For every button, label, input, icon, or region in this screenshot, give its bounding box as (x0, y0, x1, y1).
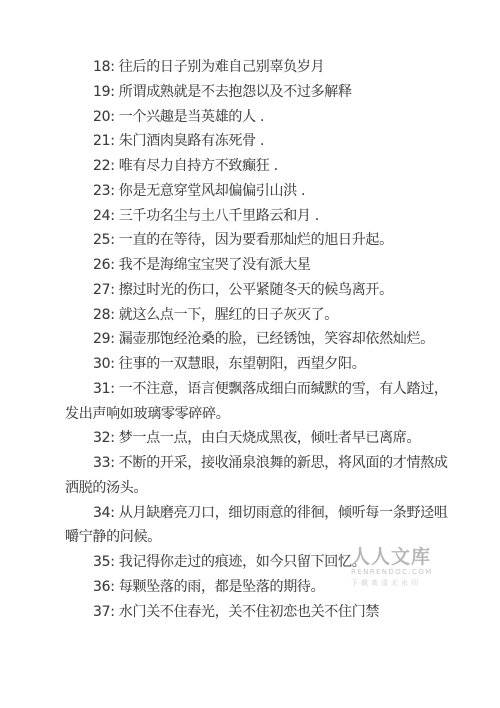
quote-item-number: 22: (93, 158, 115, 174)
quote-item-number: 25: (93, 232, 115, 248)
quote-item-number: 35: (93, 554, 115, 570)
quote-item-number: 26: (93, 257, 115, 273)
quote-item-text: 就这么点一下，腥红的日子灰灭了。 (115, 307, 338, 323)
quote-item-number: 34: (93, 505, 115, 521)
quote-item-text: 从月缺磨亮刀口，细切雨意的徘徊，倾听每一条野迳咀嚼宁静的问候。 (65, 505, 448, 546)
quote-item-text: 唯有尽力自持方不致癫狂 . (115, 158, 278, 174)
quote-item-text: 水门关不住春光，关不住初恋也关不住门禁 (115, 604, 379, 620)
quote-item-number: 19: (93, 84, 115, 100)
quote-item-number: 27: (93, 282, 115, 298)
quote-item-number: 28: (93, 307, 115, 323)
quote-item: 37: 水门关不住春光，关不住初恋也关不住门禁 (65, 600, 448, 625)
quote-item-number: 21: (93, 133, 115, 149)
quote-item: 33: 不断的开采，接收涌泉浪舞的新思，将风面的才情熬成洒脱的汤头。 (65, 451, 448, 501)
quote-item: 32: 梦一点一点，由白天烧成黑夜，倾吐者早已离席。 (65, 426, 448, 451)
quote-item-number: 30: (93, 356, 115, 372)
quote-item-number: 18: (93, 59, 115, 75)
quote-item: 22: 唯有尽力自持方不致癫狂 . (65, 154, 448, 179)
quote-item-text: 每颗坠落的雨，都是坠落的期待。 (115, 579, 325, 595)
document-page: 18: 往后的日子别为难自己别辜负岁月19: 所谓成熟就是不去抱怨以及不过多解释… (0, 0, 500, 708)
watermark-logo-text: 人人文库 (351, 547, 437, 567)
quote-item-number: 32: (93, 430, 115, 446)
quote-item-text: 不断的开采，接收涌泉浪舞的新思，将风面的才情熬成洒脱的汤头。 (65, 455, 448, 496)
quote-item-number: 20: (93, 109, 115, 125)
quote-item-text: 我记得你走过的痕迹，如今只留下回忆。 (115, 554, 366, 570)
quote-item-text: 漏壶那饱经沧桑的脸，已经锈蚀，笑容却依然灿烂。 (115, 331, 434, 347)
quote-item-number: 36: (93, 579, 115, 595)
quote-item-text: 一直的在等待，因为要看那灿烂的旭日升起。 (115, 232, 393, 248)
quote-item-text: 往后的日子别为难自己别辜负岁月 (115, 59, 325, 75)
watermark: 人人文库 RENRENDOC.COM 下载高清无水印 (351, 547, 437, 588)
quote-item-number: 29: (93, 331, 115, 347)
quote-item-number: 33: (93, 455, 115, 471)
quote-item: 19: 所谓成熟就是不去抱怨以及不过多解释 (65, 80, 448, 105)
quote-item: 27: 擦过时光的伤口，公平紧随冬天的候鸟离开。 (65, 278, 448, 303)
quote-item-text: 往事的一双慧眼，东望朝阳，西望夕阳。 (115, 356, 366, 372)
quote-item: 34: 从月缺磨亮刀口，细切雨意的徘徊，倾听每一条野迳咀嚼宁静的问候。 (65, 501, 448, 551)
quote-item-text: 三千功名尘与土八千里路云和月 . (115, 208, 319, 224)
quote-item-text: 所谓成熟就是不去抱怨以及不过多解释 (115, 84, 352, 100)
quote-item: 18: 往后的日子别为难自己别辜负岁月 (65, 55, 448, 80)
quote-item-text: 你是无意穿堂风却偏偏引山洪 . (115, 183, 306, 199)
quote-item-text: 一个兴趣是当英雄的人 . (115, 109, 264, 125)
quote-item: 31: 一不注意，语言便飘落成细白而缄默的雪，有人踏过，发出声响如玻璃零零碎碎。 (65, 377, 448, 427)
quote-item: 25: 一直的在等待，因为要看那灿烂的旭日升起。 (65, 228, 448, 253)
quote-item-number: 23: (93, 183, 115, 199)
quote-item: 30: 往事的一双慧眼，东望朝阳，西望夕阳。 (65, 352, 448, 377)
watermark-domain-text: RENRENDOC.COM (351, 568, 437, 577)
quote-item: 28: 就这么点一下，腥红的日子灰灭了。 (65, 303, 448, 328)
quote-item: 24: 三千功名尘与土八千里路云和月 . (65, 204, 448, 229)
quote-item-text: 梦一点一点，由白天烧成黑夜，倾吐者早已离席。 (115, 430, 421, 446)
quote-item: 26: 我不是海绵宝宝哭了没有派大星 (65, 253, 448, 278)
quote-item-number: 24: (93, 208, 115, 224)
watermark-tagline-text: 下载高清无水印 (351, 579, 437, 588)
quote-item-text: 朱门酒肉臭路有冻死骨 . (115, 133, 264, 149)
quote-item-text: 我不是海绵宝宝哭了没有派大星 (115, 257, 311, 273)
quote-list: 18: 往后的日子别为难自己别辜负岁月19: 所谓成熟就是不去抱怨以及不过多解释… (65, 55, 448, 624)
quote-item-number: 31: (93, 381, 115, 397)
quote-item: 23: 你是无意穿堂风却偏偏引山洪 . (65, 179, 448, 204)
quote-item: 21: 朱门酒肉臭路有冻死骨 . (65, 129, 448, 154)
quote-item-number: 37: (93, 604, 115, 620)
quote-item: 29: 漏壶那饱经沧桑的脸，已经锈蚀，笑容却依然灿烂。 (65, 327, 448, 352)
quote-item-text: 擦过时光的伤口，公平紧随冬天的候鸟离开。 (115, 282, 393, 298)
quote-item-text: 一不注意，语言便飘落成细白而缄默的雪，有人踏过，发出声响如玻璃零零碎碎。 (65, 381, 448, 422)
quote-item: 20: 一个兴趣是当英雄的人 . (65, 105, 448, 130)
